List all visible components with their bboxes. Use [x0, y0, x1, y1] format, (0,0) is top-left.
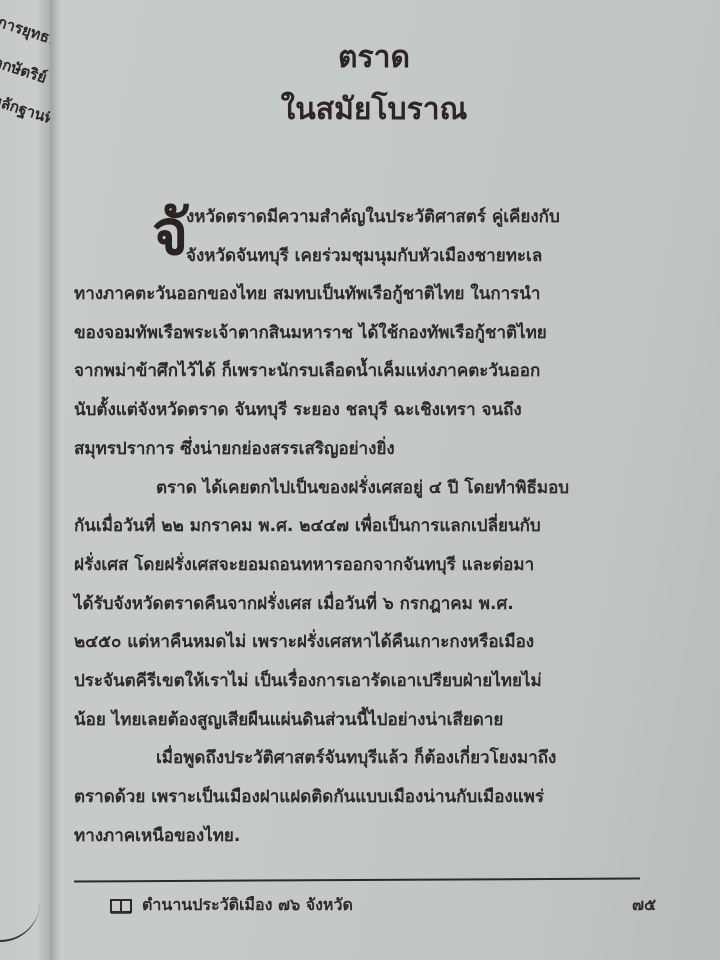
paragraph-1-opening: งหวัดตราดมีความสำคัญในประวัติศาสตร์ คู่เ… — [186, 198, 560, 275]
body-text: ทางภาคตะวันออกของไทย สมทบเป็นทัพเรือกู้ช… — [74, 275, 569, 856]
page-number: ๗๕ — [632, 893, 656, 918]
running-footer: ตำนานประวัติเมือง ๗๖ จังหวัด — [110, 893, 353, 918]
text-line: ตราด ได้เคยตกไปเป็นของฝรั่งเศสอยู่ ๔ ปี … — [74, 469, 569, 508]
right-page: ตราด ในสมัยโบราณ จั งหวัดตราดมีความสำคัญ… — [64, 0, 720, 960]
text-line: งหวัดตราดมีความสำคัญในประวัติศาสตร์ คู่เ… — [186, 198, 560, 237]
drop-cap: จั — [152, 198, 188, 268]
text-line: ได้รับจังหวัดตราดคืนจากฝรั่งเศส เมื่อวัน… — [74, 585, 569, 624]
page-curl — [0, 900, 40, 942]
text-line: จังหวัดจันทบุรี เคยร่วมชุมนุมกับหัวเมือง… — [186, 237, 560, 276]
chapter-subtitle: ในสมัยโบราณ — [74, 86, 674, 133]
left-page-fragment: การยุทธหัต — [0, 10, 52, 55]
text-line: ตราดด้วย เพราะเป็นเมืองฝาแฝดติดกันแบบเมื… — [74, 778, 569, 817]
text-line: ทางภาคเหนือของไทย. — [74, 817, 569, 856]
text-line: นับตั้งแต่จังหวัดตราด จันทบุรี ระยอง ชลบ… — [74, 391, 569, 430]
open-book-icon — [110, 898, 132, 914]
text-line: ประจันตคีรีเขตให้เราไม่ เป็นเรื่องการเอา… — [74, 662, 569, 701]
text-line: ของจอมทัพเรือพระเจ้าตากสินมหาราช ได้ใช้ก… — [74, 314, 569, 353]
left-page-fragment: อกษัตริย์ — [0, 50, 50, 90]
left-page-fragment: หลักฐานที่ — [0, 88, 52, 131]
book-title: ตำนานประวัติเมือง ๗๖ จังหวัด — [142, 893, 353, 918]
text-line: เมื่อพูดถึงประวัติศาสตร์จันทบุรีแล้ว ก็ต… — [74, 739, 569, 778]
text-line: กันเมื่อวันที่ ๒๒ มกราคม พ.ศ. ๒๔๔๗ เพื่อ… — [74, 507, 569, 546]
text-line: ๒๔๕๐ แต่หาคืนหมดไม่ เพราะฝรั่งเศสหาได้คื… — [74, 623, 569, 662]
footer-divider — [74, 878, 640, 883]
left-facing-page: การยุทธหัต อกษัตริย์ หลักฐานที่ — [0, 0, 52, 960]
text-line: จากพม่าข้าศึกไว้ได้ ก็เพราะนักรบเลือดน้ำ… — [74, 352, 569, 391]
text-line: สมุทรปราการ ซึ่งน่ายกย่องสรรเสริญอย่างยิ… — [74, 430, 569, 469]
chapter-title: ตราด — [74, 34, 674, 81]
text-line: ฝรั่งเศส โดยฝรั่งเศสจะยอมถอนทหารออกจากจั… — [74, 546, 569, 585]
text-line: น้อย ไทยเลยต้องสูญเสียผืนแผ่นดินส่วนนี้ไ… — [74, 701, 569, 740]
text-line: ทางภาคตะวันออกของไทย สมทบเป็นทัพเรือกู้ช… — [74, 275, 569, 314]
